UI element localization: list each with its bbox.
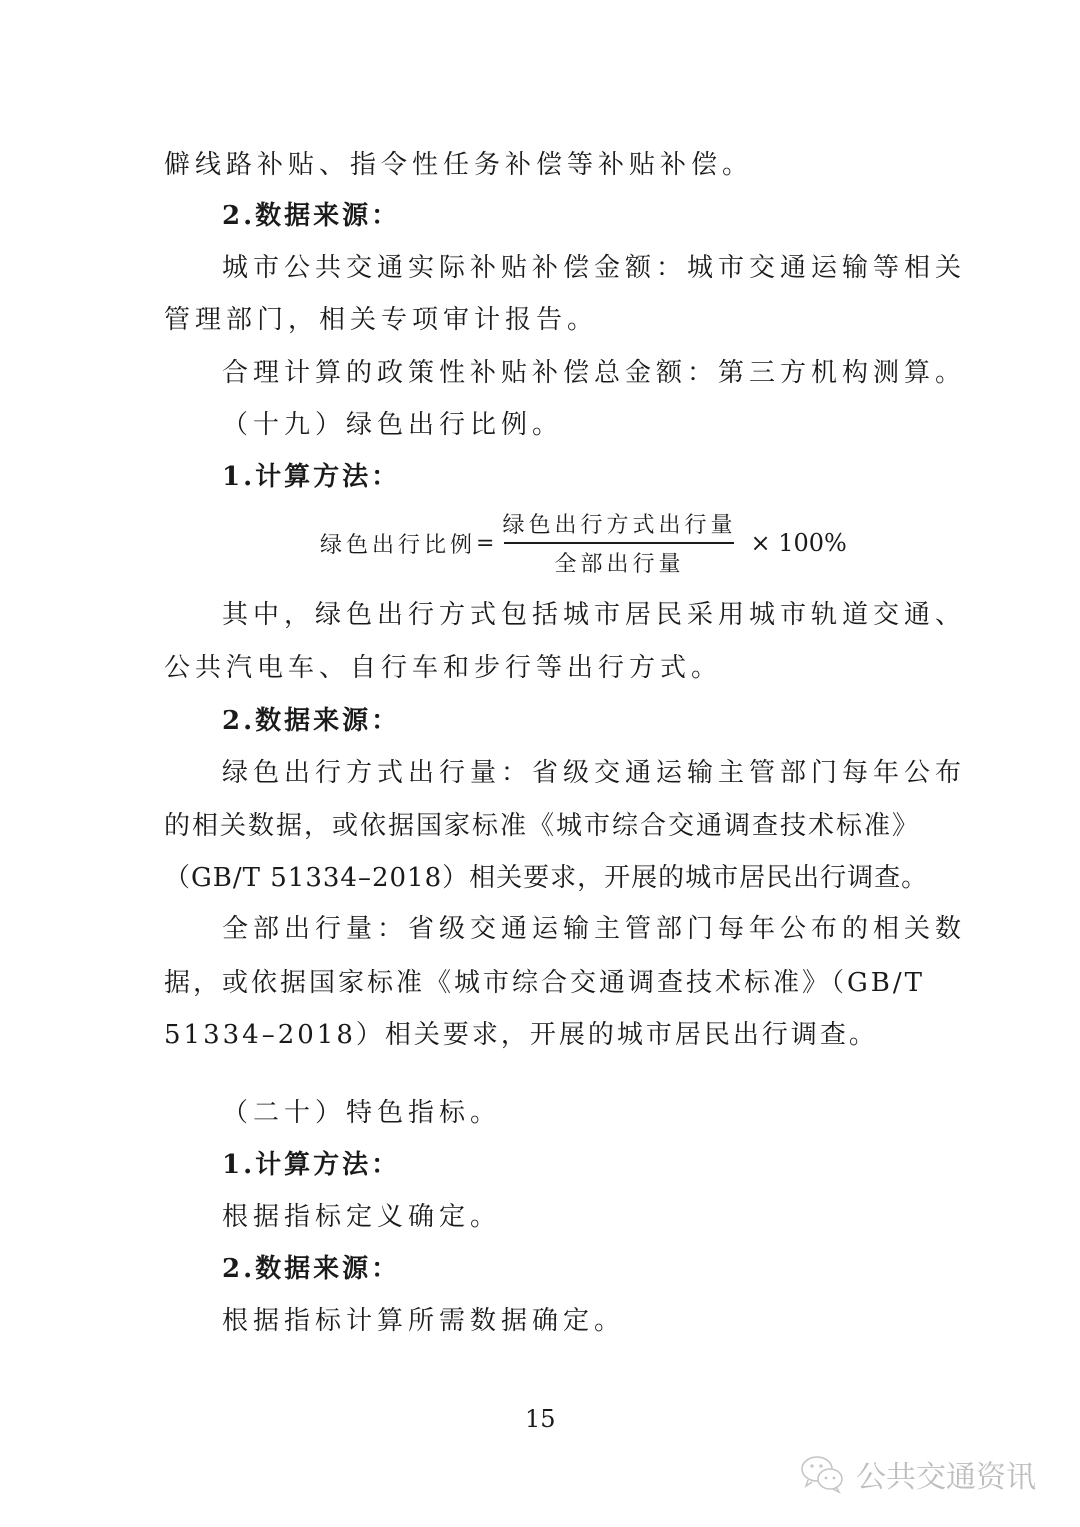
paragraph-line: 的相关数据，或依据国家标准《城市综合交通调查技术标准》: [164, 809, 924, 843]
paragraph-line: 51334–2018）相关要求，开展的城市居民出行调查。: [164, 1018, 924, 1052]
paragraph-line: 僻线路补贴、指令性任务补偿等补贴补偿。: [164, 148, 924, 182]
paragraph-line: 城市公共交通实际补贴补偿金额：城市交通运输等相关: [222, 251, 982, 285]
subheading-data-source: 2.数据来源：: [222, 704, 982, 738]
subheading-data-source: 2.数据来源：: [222, 199, 982, 233]
page-number: 15: [525, 1405, 556, 1433]
formula-fraction: 绿色出行方式出行量 全部出行量: [498, 508, 740, 578]
paragraph-line: 其中，绿色出行方式包括城市居民采用城市轨道交通、: [222, 598, 982, 632]
wechat-icon: [800, 1454, 846, 1494]
paragraph-line: （GB/T 51334–2018）相关要求，开展的城市居民出行调查。: [164, 861, 924, 895]
paragraph-line: 根据指标计算所需数据确定。: [222, 1304, 982, 1338]
formula-multiplier: × 100%: [750, 529, 846, 557]
paragraph-line: 管理部门，相关专项审计报告。: [164, 303, 924, 337]
subheading-data-source: 2.数据来源：: [222, 1252, 982, 1286]
formula-numerator: 绿色出行方式出行量: [498, 508, 740, 542]
paragraph-line: 公共汽电车、自行车和步行等出行方式。: [164, 651, 924, 685]
paragraph-line: 据，或依据国家标准《城市综合交通调查技术标准》（GB/T: [164, 966, 924, 1000]
section-heading-19: （十九）绿色出行比例。: [222, 408, 982, 442]
subheading-calc-method: 1.计算方法：: [222, 1148, 982, 1182]
document-page: 僻线路补贴、指令性任务补偿等补贴补偿。 2.数据来源： 城市公共交通实际补贴补偿…: [0, 0, 1080, 1527]
formula-equals: =: [476, 531, 494, 556]
watermark: 公共交通资讯: [800, 1452, 1036, 1496]
formula-lhs: 绿色出行比例: [320, 528, 476, 559]
paragraph-line: 合理计算的政策性补贴补偿总金额：第三方机构测算。: [222, 356, 982, 390]
paragraph-line: 绿色出行方式出行量：省级交通运输主管部门每年公布: [222, 756, 982, 790]
formula-denominator: 全部出行量: [554, 544, 684, 578]
green-travel-formula: 绿色出行比例 = 绿色出行方式出行量 全部出行量 × 100%: [320, 508, 847, 578]
paragraph-line: 全部出行量：省级交通运输主管部门每年公布的相关数: [222, 912, 982, 946]
paragraph-line: 根据指标定义确定。: [222, 1200, 982, 1234]
watermark-text: 公共交通资讯: [856, 1452, 1036, 1496]
section-heading-20: （二十）特色指标。: [222, 1096, 982, 1130]
subheading-calc-method: 1.计算方法：: [222, 460, 982, 494]
